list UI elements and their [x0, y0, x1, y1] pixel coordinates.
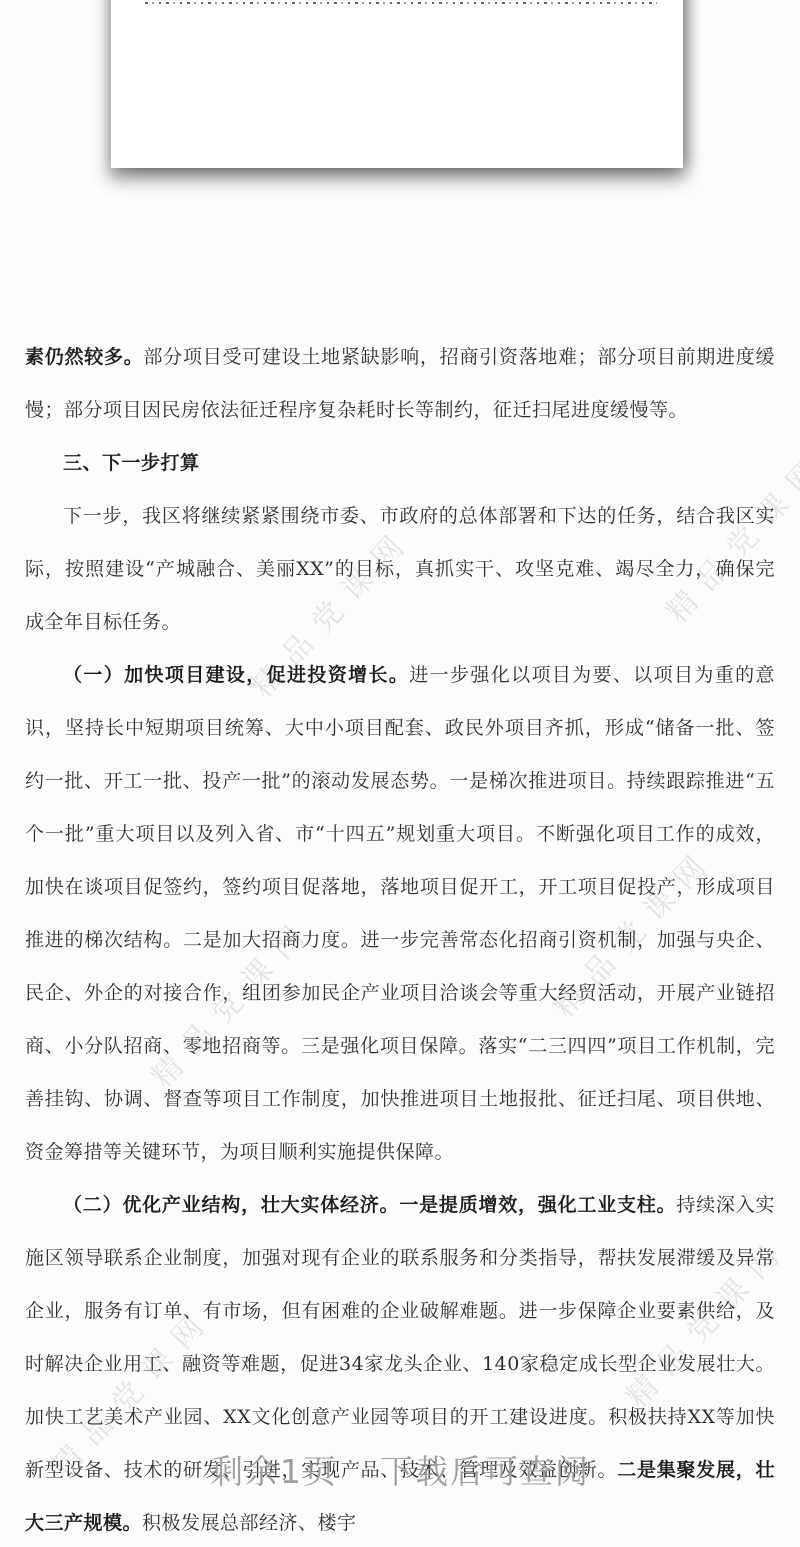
page-footer: 剩余1页下载后可查阅: [0, 1446, 800, 1493]
previous-page-preview-card: [111, 0, 683, 168]
paragraph: 下一步，我区将继续紧紧围绕市委、市政府的总体部署和下达的任务，结合我区实际，按照…: [25, 490, 775, 649]
paragraph: 素仍然较多。部分项目受可建设土地紧缺影响，招商引资落地难；部分项目前期进度缓慢；…: [25, 331, 775, 437]
truncated-text-line: [145, 0, 657, 7]
emphasis-text: 素仍然较多。: [25, 346, 143, 368]
remaining-pages-label: 剩余1页: [210, 1452, 338, 1491]
paragraph: 三、下一步打算: [25, 437, 775, 490]
paragraph: （一）加快项目建设，促进投资增长。进一步强化以项目为要、以项目为重的意识，坚持长…: [25, 649, 775, 1179]
body-text: 积极发展总部经济、楼宇: [142, 1512, 357, 1534]
emphasis-text: （一）加快项目建设，促进投资增长。: [63, 664, 409, 686]
emphasis-text: 三、下一步打算: [63, 452, 200, 474]
download-hint-label: 下载后可查阅: [380, 1452, 590, 1491]
body-text: 持续深入实施区领导联系企业制度，加强对现有企业的联系服务和分类指导，帮扶发展滞缓…: [25, 1194, 775, 1481]
emphasis-text: （二）优化产业结构，壮大实体经济。一是提质增效，强化工业支柱。: [63, 1194, 676, 1216]
body-text: 进一步强化以项目为要、以项目为重的意识，坚持长中短期项目统筹、大中小项目配套、政…: [25, 664, 775, 1163]
body-text: 下一步，我区将继续紧紧围绕市委、市政府的总体部署和下达的任务，结合我区实际，按照…: [25, 505, 775, 633]
document-body: 素仍然较多。部分项目受可建设土地紧缺影响，招商引资落地难；部分项目前期进度缓慢；…: [25, 331, 775, 1547]
